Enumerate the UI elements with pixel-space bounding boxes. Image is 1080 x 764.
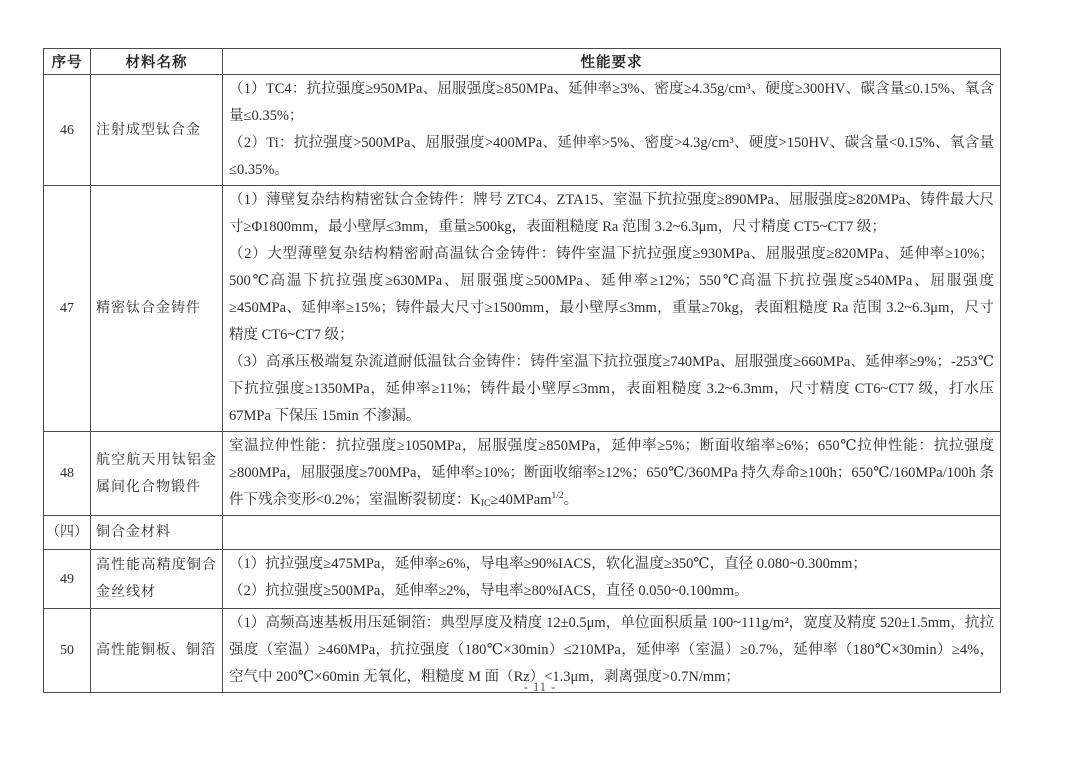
- material-name-cell: 精密钛合金铸件: [91, 186, 223, 432]
- table-row: 49高性能高精度铜合金丝线材（1）抗拉强度≥475MPa，延伸率≥6%，导电率≥…: [44, 550, 1001, 609]
- requirements-cell: 室温拉伸性能：抗拉强度≥1050MPa，屈服强度≥850MPa，延伸率≥5%；断…: [223, 432, 1001, 516]
- header-row: 序号 材料名称 性能要求: [44, 49, 1001, 75]
- requirements-cell: [223, 516, 1001, 550]
- requirement-item: （1）TC4：抗拉强度≥950MPa、屈服强度≥850MPa、延伸率≥3%、密度…: [229, 76, 994, 130]
- section-row: （四）铜合金材料: [44, 516, 1001, 550]
- material-name-cell: 注射成型钛合金: [91, 75, 223, 186]
- requirement-item: （1）薄壁复杂结构精密钛合金铸件：牌号 ZTC4、ZTA15、室温下抗拉强度≥8…: [229, 187, 994, 241]
- document-page: 序号 材料名称 性能要求 46注射成型钛合金（1）TC4：抗拉强度≥950MPa…: [0, 0, 1080, 764]
- requirement-item: （2）抗拉强度≥500MPa，延伸率≥2%，导电率≥80%IACS，直径 0.0…: [229, 578, 994, 605]
- requirement-item: （2）大型薄壁复杂结构精密耐高温钛合金铸件：铸件室温下抗拉强度≥930MPa、屈…: [229, 241, 994, 349]
- materials-table: 序号 材料名称 性能要求 46注射成型钛合金（1）TC4：抗拉强度≥950MPa…: [43, 48, 1001, 693]
- header-col-material: 材料名称: [91, 49, 223, 75]
- material-name-cell: 航空航天用钛铝金属间化合物锻件: [91, 432, 223, 516]
- page-number: - 11 -: [0, 680, 1080, 695]
- row-number-cell: 49: [44, 550, 91, 609]
- row-number-cell: 46: [44, 75, 91, 186]
- header-col-requirements: 性能要求: [223, 49, 1001, 75]
- requirement-item: 室温拉伸性能：抗拉强度≥1050MPa，屈服强度≥850MPa，延伸率≥5%；断…: [229, 433, 994, 514]
- row-number-cell: （四）: [44, 516, 91, 550]
- table-body: 46注射成型钛合金（1）TC4：抗拉强度≥950MPa、屈服强度≥850MPa、…: [44, 75, 1001, 693]
- material-name-cell: 高性能高精度铜合金丝线材: [91, 550, 223, 609]
- table-row: 48航空航天用钛铝金属间化合物锻件室温拉伸性能：抗拉强度≥1050MPa，屈服强…: [44, 432, 1001, 516]
- requirement-item: （2）Ti：抗拉强度>500MPa、屈服强度>400MPa、延伸率>5%、密度>…: [229, 130, 994, 184]
- requirements-cell: （1）薄壁复杂结构精密钛合金铸件：牌号 ZTC4、ZTA15、室温下抗拉强度≥8…: [223, 186, 1001, 432]
- row-number-cell: 47: [44, 186, 91, 432]
- requirement-item: （1）抗拉强度≥475MPa，延伸率≥6%，导电率≥90%IACS，软化温度≥3…: [229, 551, 994, 578]
- requirements-cell: （1）抗拉强度≥475MPa，延伸率≥6%，导电率≥90%IACS，软化温度≥3…: [223, 550, 1001, 609]
- table-row: 47精密钛合金铸件（1）薄壁复杂结构精密钛合金铸件：牌号 ZTC4、ZTA15、…: [44, 186, 1001, 432]
- table-row: 46注射成型钛合金（1）TC4：抗拉强度≥950MPa、屈服强度≥850MPa、…: [44, 75, 1001, 186]
- material-name-cell: 铜合金材料: [91, 516, 223, 550]
- requirement-item: （3）高承压极端复杂流道耐低温钛合金铸件：铸件室温下抗拉强度≥740MPa、屈服…: [229, 349, 994, 430]
- requirement-item: （1）高频高速基板用压延铜箔：典型厚度及精度 12±0.5μm，单位面积质量 1…: [229, 610, 994, 691]
- header-col-number: 序号: [44, 49, 91, 75]
- requirements-cell: （1）TC4：抗拉强度≥950MPa、屈服强度≥850MPa、延伸率≥3%、密度…: [223, 75, 1001, 186]
- row-number-cell: 48: [44, 432, 91, 516]
